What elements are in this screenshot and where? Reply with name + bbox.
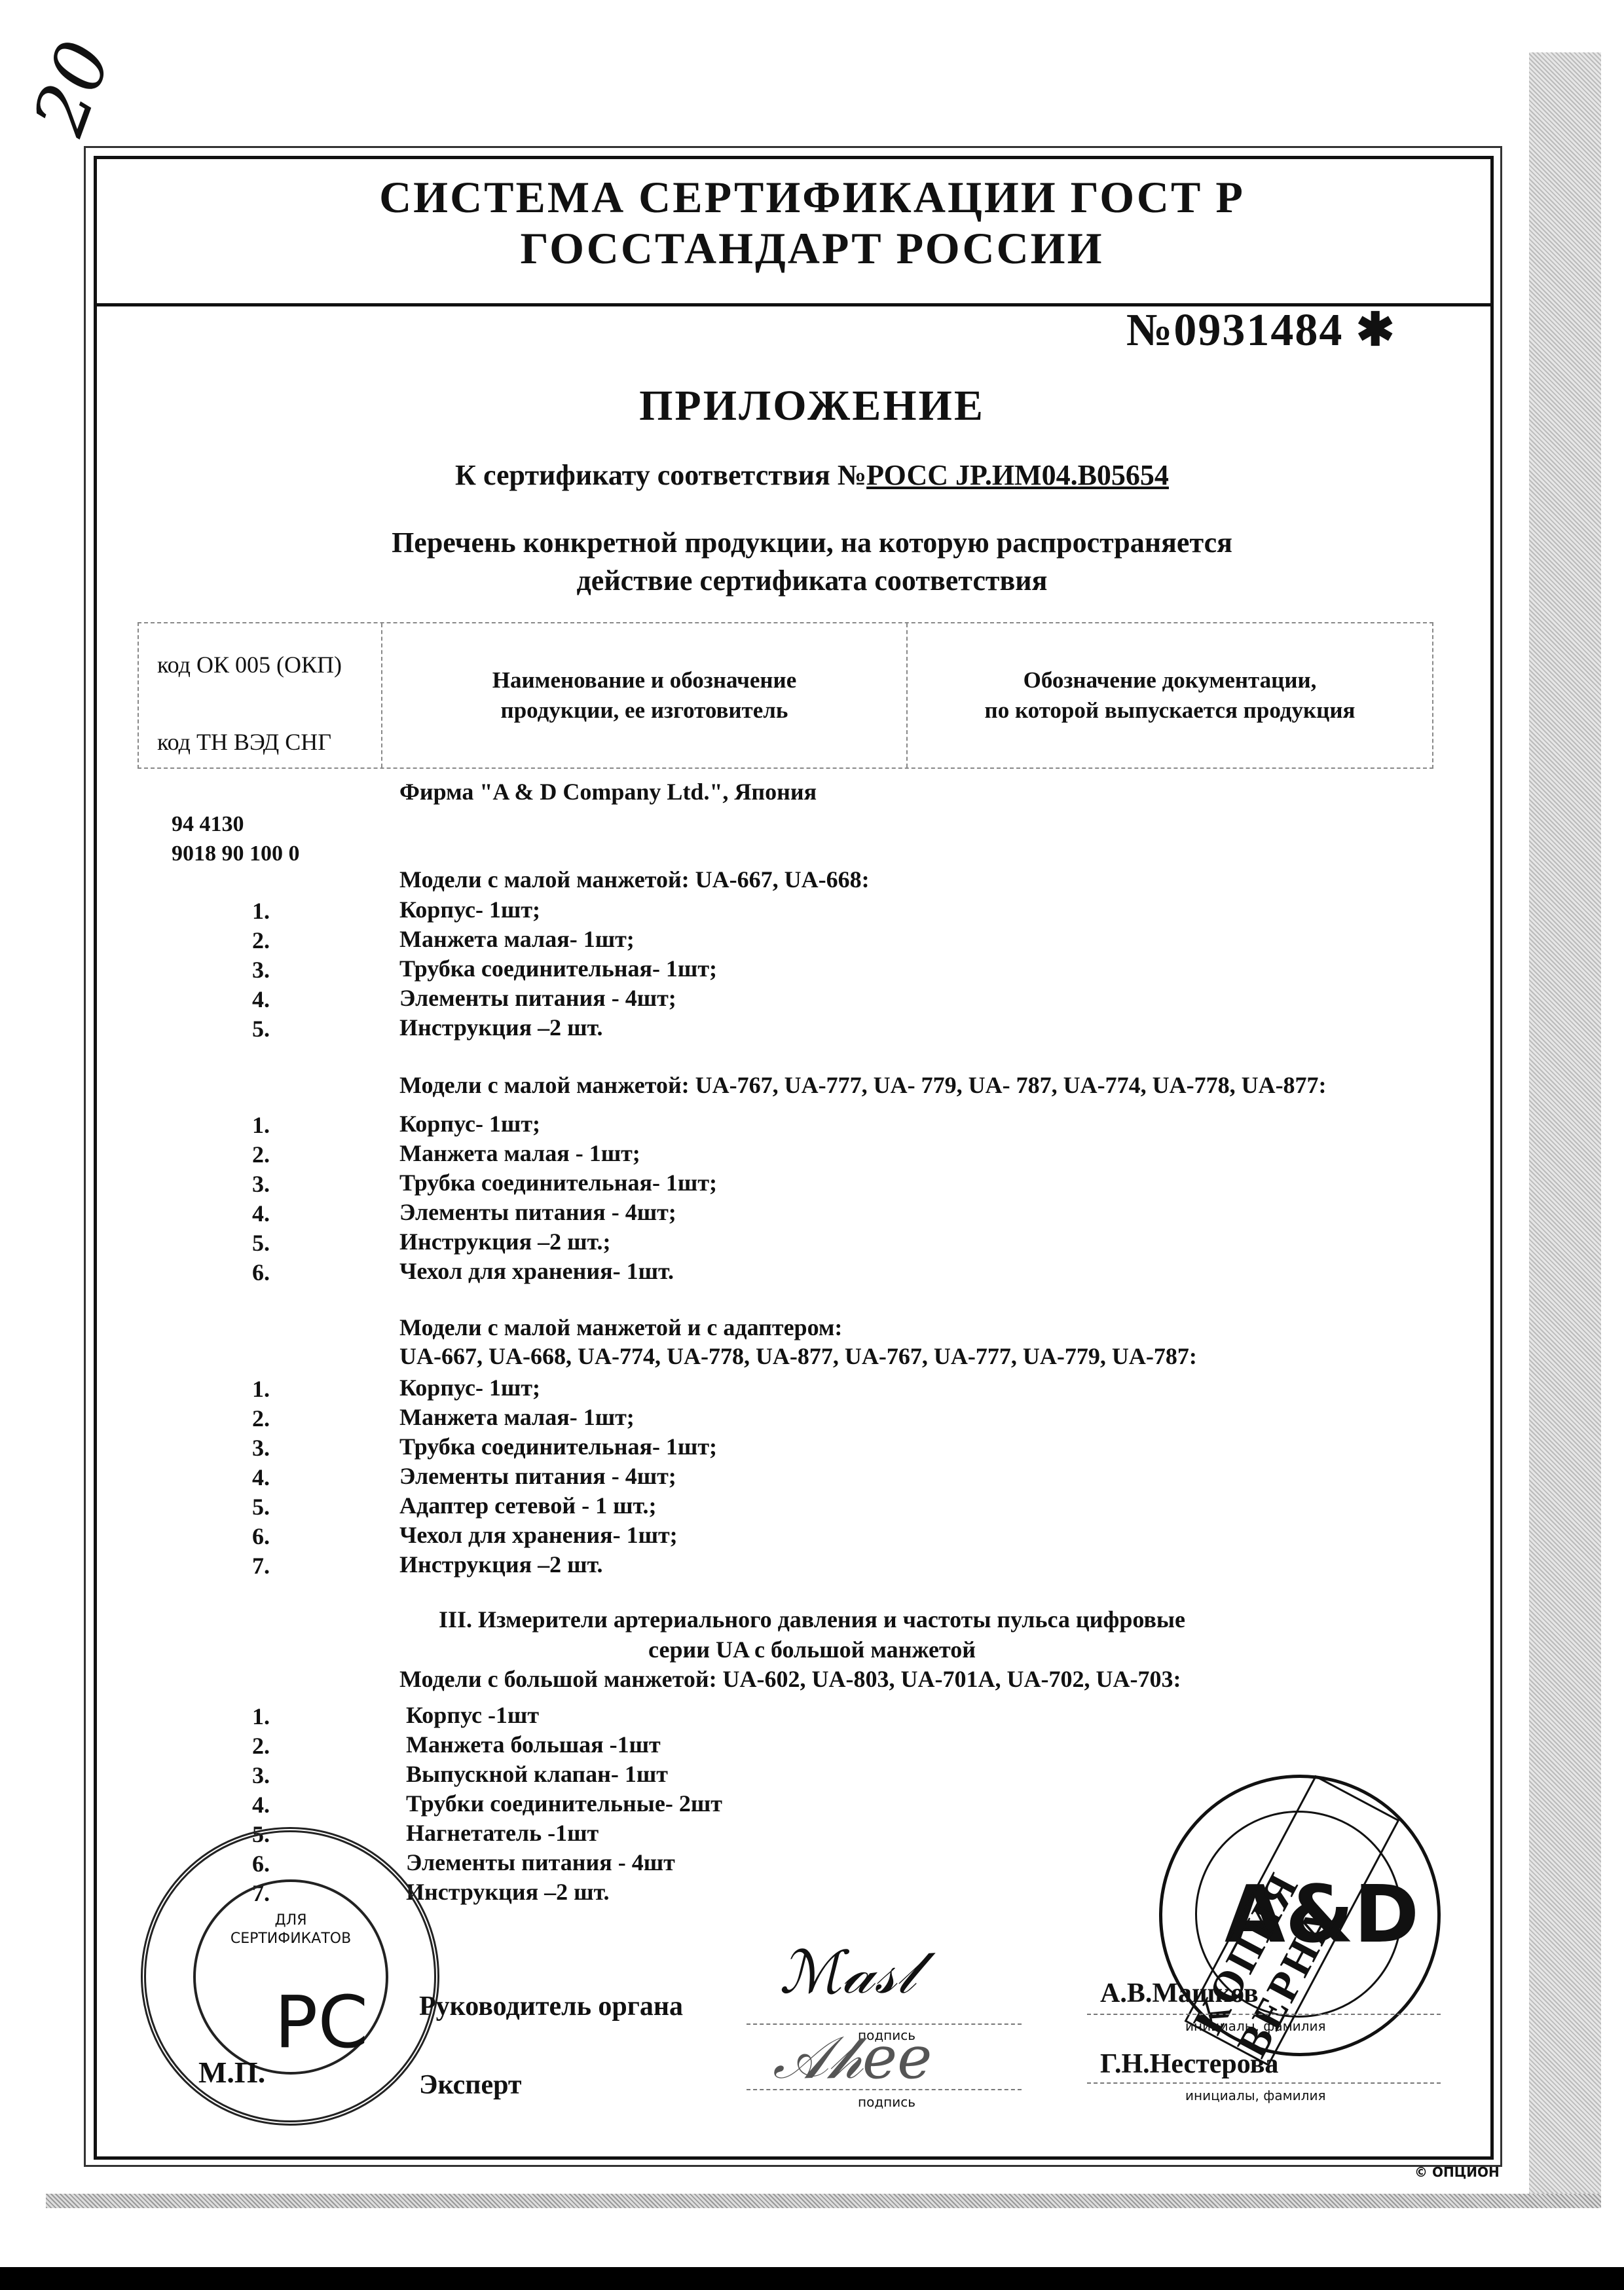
product-header-line-2: продукции, ее изготовитель [492, 695, 797, 726]
certificate-prefix: К сертификату соответствия № [455, 459, 866, 491]
item-number: 1. [252, 897, 270, 925]
item-number: 1. [252, 1111, 270, 1139]
list-item: Трубки соединительные- 2шт [406, 1790, 722, 1817]
handwritten-page-number: 20 [17, 30, 127, 145]
list-item: Инструкция –2 шт. [399, 1551, 602, 1578]
group-title: Модели с малой манжетой и с адаптером: [399, 1314, 842, 1341]
codes-column-header: код ОК 005 (ОКП) код ТН ВЭД СНГ [139, 623, 382, 767]
expert-signature-line [747, 2089, 1022, 2090]
list-item: Инструкция –2 шт. [406, 1878, 609, 1906]
product-header-line-1: Наименование и обозначение [492, 665, 797, 695]
group-title: Модели с большой манжетой: UA-602, UA-80… [399, 1665, 1181, 1693]
stamp-text: ДЛЯ [196, 1911, 386, 1930]
table-header: код ОК 005 (ОКП) код ТН ВЭД СНГ Наименов… [138, 622, 1433, 769]
item-number: 4. [252, 1200, 270, 1227]
list-item: Трубка соединительная- 1шт; [399, 955, 717, 982]
list-item: Элементы питания - 4шт; [399, 1198, 676, 1226]
list-heading: Перечень конкретной продукции, на котору… [0, 524, 1624, 600]
scan-shadow-bottom [46, 2194, 1601, 2208]
list-item: Инструкция –2 шт. [399, 1014, 602, 1041]
list-item: Адаптер сетевой - 1 шт.; [399, 1492, 657, 1519]
item-number: 6. [252, 1523, 270, 1550]
name-caption: инициалы, фамилия [1185, 2018, 1325, 2034]
item-number: 2. [252, 1141, 270, 1168]
scan-shadow-right [1529, 52, 1601, 2194]
signature-caption: подпись [858, 2094, 915, 2110]
stamp-text: СЕРТИФИКАТОВ [196, 1930, 386, 1948]
name-caption: инициалы, фамилия [1185, 2088, 1325, 2103]
list-heading-line-1: Перечень конкретной продукции, на котору… [0, 524, 1624, 562]
form-number: №0931484 ✱ [1126, 303, 1396, 357]
item-number: 6. [252, 1259, 270, 1286]
list-heading-line-2: действие сертификата соответствия [0, 562, 1624, 600]
certificate-number: РОСС JP.ИМ04.В05654 [866, 459, 1169, 491]
item-number: 3. [252, 1762, 270, 1789]
list-item: Корпус- 1шт; [399, 1110, 540, 1137]
docs-header-line-1: Обозначение документации, [985, 665, 1356, 695]
docs-column-header: Обозначение документации,по которой выпу… [908, 623, 1432, 767]
appendix-title: ПРИЛОЖЕНИЕ [0, 381, 1624, 431]
group-title: Модели с малой манжетой: UA-767, UA-777,… [399, 1071, 1327, 1099]
group-title-models: UA-667, UA-668, UA-774, UA-778, UA-877, … [399, 1342, 1197, 1370]
code-tnved-value: 9018 90 100 0 [172, 841, 300, 866]
expert-name-line [1087, 2082, 1441, 2084]
list-item: Элементы питания - 4шт; [399, 1462, 676, 1490]
item-number: 5. [252, 1493, 270, 1521]
item-number: 4. [252, 1464, 270, 1491]
list-item: Манжета малая- 1шт; [399, 1403, 635, 1431]
section-title-2: серии UA с большой манжетой [0, 1636, 1624, 1663]
section-title-1: III. Измерители артериального давления и… [0, 1606, 1624, 1633]
list-item: Элементы питания - 4шт; [399, 984, 676, 1012]
list-item: Манжета малая- 1шт; [399, 925, 635, 953]
list-item: Элементы питания - 4шт [406, 1849, 675, 1876]
expert-name: Г.Н.Нестерова [1100, 2048, 1278, 2080]
rst-logo-icon: РС [274, 1980, 368, 2064]
docs-header-line-2: по которой выпускается продукция [985, 695, 1356, 726]
code-tnved-label: код ТН ВЭД СНГ [157, 728, 331, 756]
head-name-line [1087, 2014, 1441, 2015]
list-item: Корпус -1шт [406, 1701, 539, 1729]
scan-edge-bar [0, 2267, 1624, 2290]
code-okp-value: 94 4130 [172, 812, 244, 837]
list-item: Манжета большая -1шт [406, 1731, 661, 1758]
item-number: 5. [252, 1015, 270, 1043]
manufacturer: Фирма "A & D Company Ltd.", Япония [399, 778, 817, 805]
code-okp-label: код ОК 005 (ОКП) [157, 651, 342, 678]
list-item: Нагнетатель -1шт [406, 1819, 599, 1847]
item-number: 1. [252, 1703, 270, 1730]
item-number: 1. [252, 1375, 270, 1403]
expert-signature: 𝒜𝒽𝑒𝑒 [773, 2023, 932, 2093]
head-signature: ℳ𝒶𝓈𝓁 [779, 1938, 916, 2008]
certification-body-stamp: ДЛЯ СЕРТИФИКАТОВ РС М.П. [141, 1827, 439, 2126]
item-number: 3. [252, 1434, 270, 1462]
group-title: Модели с малой манжетой: UA-667, UA-668: [399, 866, 870, 893]
list-item: Корпус- 1шт; [399, 1374, 540, 1401]
list-item: Выпускной клапан- 1шт [406, 1760, 668, 1788]
stamp-mp: М.П. [198, 2055, 265, 2090]
header-line-1: СИСТЕМА СЕРТИФИКАЦИИ ГОСТ Р [0, 172, 1624, 223]
list-item: Инструкция –2 шт.; [399, 1228, 610, 1255]
head-name: А.В.Машков [1100, 1978, 1259, 2009]
item-number: 7. [252, 1552, 270, 1579]
stamp-for-certificates: ДЛЯ СЕРТИФИКАТОВ [196, 1911, 386, 1948]
list-item: Корпус- 1шт; [399, 896, 540, 923]
expert-label: Эксперт [419, 2069, 522, 2101]
item-number: 4. [252, 1791, 270, 1819]
item-number: 3. [252, 956, 270, 984]
product-column-header: Наименование и обозначениепродукции, ее … [382, 623, 908, 767]
header-line-2: ГОССТАНДАРТ РОССИИ [0, 223, 1624, 274]
item-number: 3. [252, 1170, 270, 1198]
list-item: Трубка соединительная- 1шт; [399, 1433, 717, 1460]
stamp-inner-ring: ДЛЯ СЕРТИФИКАТОВ РС [193, 1879, 388, 2075]
item-number: 2. [252, 927, 270, 954]
item-number: 4. [252, 986, 270, 1013]
list-item: Манжета малая - 1шт; [399, 1139, 640, 1167]
footer-copyright: © ОПЦИОН [1414, 2164, 1500, 2180]
list-item: Трубка соединительная- 1шт; [399, 1169, 717, 1196]
certificate-reference: К сертификату соответствия №РОСС JP.ИМ04… [0, 458, 1624, 492]
head-label: Руководитель органа [419, 1991, 683, 2022]
item-number: 2. [252, 1732, 270, 1760]
list-item: Чехол для хранения- 1шт. [399, 1257, 674, 1285]
item-number: 2. [252, 1405, 270, 1432]
item-number: 5. [252, 1229, 270, 1257]
list-item: Чехол для хранения- 1шт; [399, 1521, 678, 1549]
